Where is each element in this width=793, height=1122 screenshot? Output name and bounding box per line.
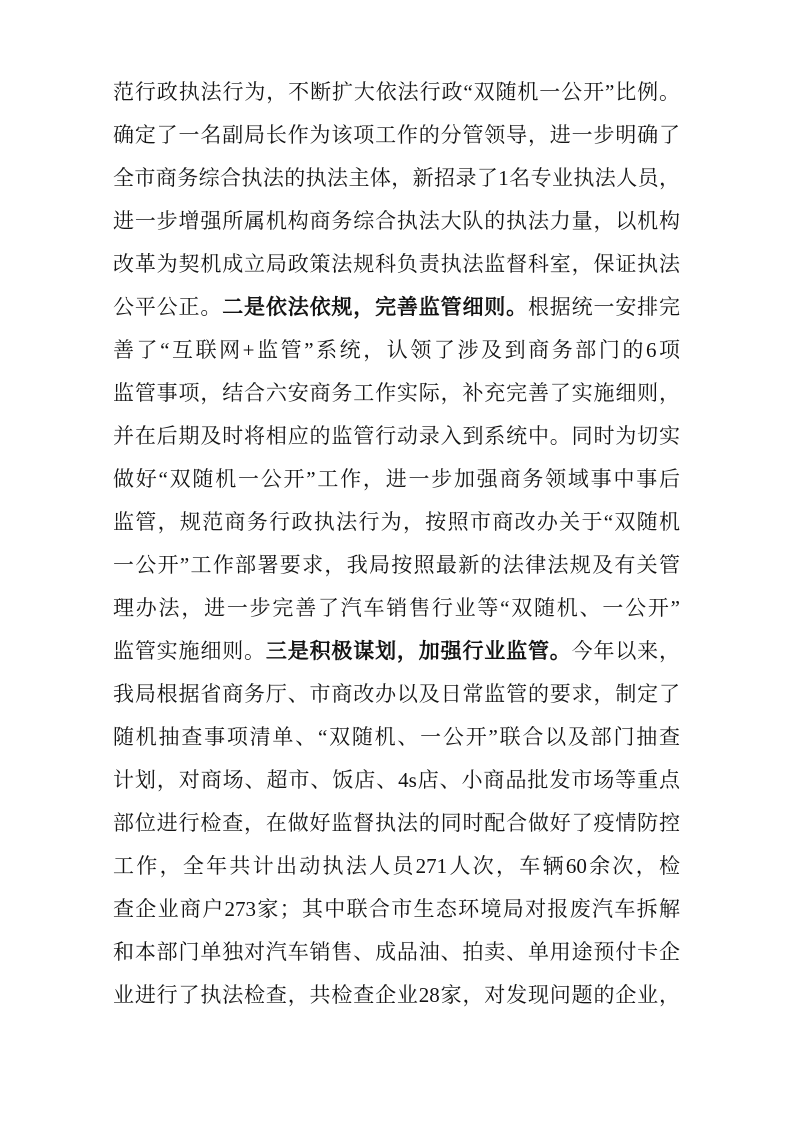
text-segment: 公平公正。 <box>113 295 222 319</box>
text-segment: 监管，规范商务行政执法行为，按照市商改办关于“双随机 <box>113 510 680 534</box>
text-line: 监管，规范商务行政执法行为，按照市商改办关于“双随机 <box>113 501 680 544</box>
text-line: 查企业商户273家；其中联合市生态环境局对报废汽车拆解 <box>113 888 680 931</box>
text-line: 我局根据省商务厅、市商改办以及日常监管的要求，制定了 <box>113 673 680 716</box>
bold-heading-segment: 三是积极谋划，加强行业监管。 <box>266 639 572 663</box>
text-segment: 善了“互联网+监管”系统，认领了涉及到商务部门的6项 <box>113 338 680 362</box>
text-segment: 计划，对商场、超市、饭店、4s店、小商品批发市场等重点 <box>113 768 680 792</box>
text-segment: 一公开”工作部署要求，我局按照最新的法律法规及有关管 <box>113 553 680 577</box>
text-line: 进一步增强所属机构商务综合执法大队的执法力量，以机构 <box>113 200 680 243</box>
text-line: 计划，对商场、超市、饭店、4s店、小商品批发市场等重点 <box>113 759 680 802</box>
text-segment: 我局根据省商务厅、市商改办以及日常监管的要求，制定了 <box>113 682 680 706</box>
text-line: 和本部门单独对汽车销售、成品油、拍卖、单用途预付卡企 <box>113 931 680 974</box>
text-segment: 进一步增强所属机构商务综合执法大队的执法力量，以机构 <box>113 209 680 233</box>
text-segment: 部位进行检查，在做好监督执法的同时配合做好了疫情防控 <box>113 811 680 835</box>
text-segment: 业进行了执法检查，共检查企业28家，对发现问题的企业， <box>113 983 680 1007</box>
text-line: 理办法，进一步完善了汽车销售行业等“双随机、一公开” <box>113 587 680 630</box>
text-line: 公平公正。二是依法依规，完善监管细则。根据统一安排完 <box>113 286 680 329</box>
text-segment: 根据统一安排完 <box>528 295 680 319</box>
text-segment: 确定了一名副局长作为该项工作的分管领导，进一步明确了 <box>113 123 680 147</box>
text-line: 善了“互联网+监管”系统，认领了涉及到商务部门的6项 <box>113 329 680 372</box>
document-body: 范行政执法行为，不断扩大依法行政“双随机一公开”比例。确定了一名副局长作为该项工… <box>113 71 680 1017</box>
text-line: 做好“双随机一公开”工作，进一步加强商务领域事中事后 <box>113 458 680 501</box>
text-line: 工作，全年共计出动执法人员271人次，车辆60余次，检 <box>113 845 680 888</box>
text-segment: 工作，全年共计出动执法人员271人次，车辆60余次，检 <box>113 854 680 878</box>
text-segment: 随机抽查事项清单、“双随机、一公开”联合以及部门抽查 <box>113 725 680 749</box>
text-line: 业进行了执法检查，共检查企业28家，对发现问题的企业， <box>113 974 680 1017</box>
text-segment: 范行政执法行为，不断扩大依法行政“双随机一公开”比例。 <box>113 80 680 104</box>
text-segment: 做好“双随机一公开”工作，进一步加强商务领域事中事后 <box>113 467 680 491</box>
text-line: 全市商务综合执法的执法主体，新招录了1名专业执法人员， <box>113 157 680 200</box>
text-segment: 理办法，进一步完善了汽车销售行业等“双随机、一公开” <box>113 596 680 620</box>
text-line: 部位进行检查，在做好监督执法的同时配合做好了疫情防控 <box>113 802 680 845</box>
text-segment: 改革为契机成立局政策法规科负责执法监督科室，保证执法 <box>113 252 680 276</box>
text-segment: 查企业商户273家；其中联合市生态环境局对报废汽车拆解 <box>113 897 680 921</box>
text-line: 改革为契机成立局政策法规科负责执法监督科室，保证执法 <box>113 243 680 286</box>
text-segment: 并在后期及时将相应的监管行动录入到系统中。同时为切实 <box>113 424 680 448</box>
text-segment: 和本部门单独对汽车销售、成品油、拍卖、单用途预付卡企 <box>113 940 680 964</box>
text-line: 并在后期及时将相应的监管行动录入到系统中。同时为切实 <box>113 415 680 458</box>
text-segment: 监管实施细则。 <box>113 639 266 663</box>
text-line: 随机抽查事项清单、“双随机、一公开”联合以及部门抽查 <box>113 716 680 759</box>
text-line: 范行政执法行为，不断扩大依法行政“双随机一公开”比例。 <box>113 71 680 114</box>
document-page: 范行政执法行为，不断扩大依法行政“双随机一公开”比例。确定了一名副局长作为该项工… <box>0 0 793 1122</box>
text-line: 确定了一名副局长作为该项工作的分管领导，进一步明确了 <box>113 114 680 157</box>
text-segment: 全市商务综合执法的执法主体，新招录了1名专业执法人员， <box>113 166 680 190</box>
text-line: 监管实施细则。三是积极谋划，加强行业监管。今年以来， <box>113 630 680 673</box>
text-segment: 今年以来， <box>572 639 680 663</box>
bold-heading-segment: 二是依法依规，完善监管细则。 <box>222 295 528 319</box>
text-line: 监管事项，结合六安商务工作实际，补充完善了实施细则， <box>113 372 680 415</box>
text-line: 一公开”工作部署要求，我局按照最新的法律法规及有关管 <box>113 544 680 587</box>
text-segment: 监管事项，结合六安商务工作实际，补充完善了实施细则， <box>113 381 680 405</box>
